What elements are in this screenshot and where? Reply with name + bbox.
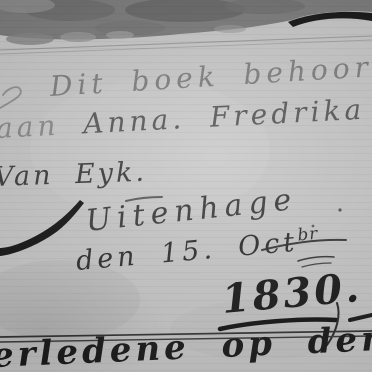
ink-dot bbox=[338, 208, 341, 211]
edge-stain bbox=[106, 31, 134, 39]
word-aan: aan bbox=[0, 109, 60, 145]
date-superscript: br bbox=[297, 223, 319, 245]
edge-stain bbox=[214, 25, 246, 33]
edge-stain bbox=[60, 32, 96, 42]
manuscript-line-surname: Van Eyk. bbox=[0, 157, 147, 193]
edge-stain bbox=[6, 33, 54, 45]
manuscript-photo: Dit boek behoort aanAnna. Fredrika Van E… bbox=[0, 0, 372, 372]
